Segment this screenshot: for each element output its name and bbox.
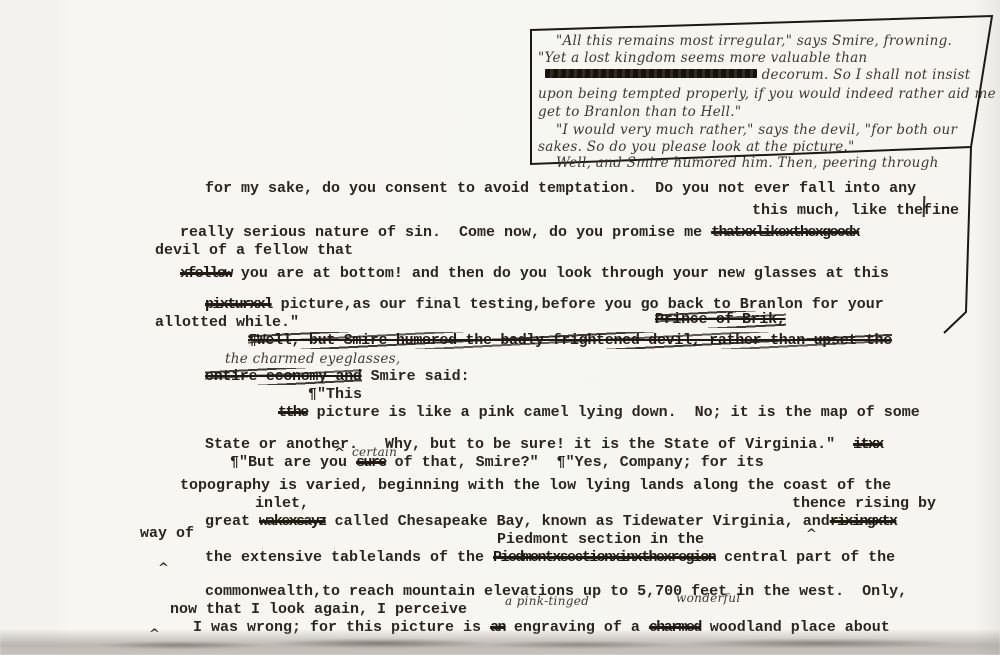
- typed-line: ¶"This: [308, 386, 362, 404]
- text-segment: upon being tempted properly, if you woul…: [538, 86, 1000, 102]
- text-segment: the charmed eyeglasses,: [225, 351, 400, 367]
- text-segment: wakexsayz: [259, 513, 326, 530]
- scan-bottom-edge: [0, 629, 1000, 655]
- typed-line: thence rising by: [792, 495, 936, 513]
- note-line: decorum. So I shall not insist: [545, 66, 970, 85]
- text-segment: rixingxtx: [830, 513, 897, 530]
- text-segment: wonderful: [676, 591, 740, 605]
- text-segment: of that, Smire?" ¶"Yes, Company; for its: [386, 454, 764, 471]
- text-segment: now that I look again, I perceive: [170, 601, 467, 618]
- text-segment: entire economy and: [205, 368, 362, 385]
- insertion-connector-line: [944, 147, 971, 333]
- typed-line: State or another. Why, but to be sure! i…: [205, 436, 883, 454]
- text-segment: xfellow: [180, 265, 232, 282]
- text-segment: central part of the: [715, 549, 895, 566]
- text-segment: devil of a fellow that: [155, 242, 353, 259]
- text-segment: pixturxxl: [205, 296, 272, 313]
- text-segment: ¶Well, but Smire humored the badly frigh…: [248, 332, 892, 349]
- text-segment: picture,as our final testing,before you …: [272, 296, 884, 313]
- text-segment: ¶"This: [308, 386, 362, 403]
- typed-line: inlet,: [255, 495, 309, 513]
- typed-line: great wakexsayz called Chesapeake Bay, k…: [205, 513, 896, 531]
- text-segment: great: [205, 513, 259, 530]
- note-line: Well, and Smire humored him. Then, peeri…: [556, 154, 939, 173]
- text-segment: for my sake, do you consent to avoid tem…: [205, 180, 916, 197]
- note-line: upon being tempted properly, if you woul…: [538, 85, 1000, 104]
- text-segment: Prince of Brik,: [655, 311, 786, 328]
- note-line: get to Branlon than to Hell.": [538, 103, 741, 122]
- text-segment: way of: [140, 525, 194, 542]
- typed-line: the extensive tablelands of the Piedmont…: [205, 549, 895, 567]
- text-segment: "I would very much rather," says the dev…: [556, 122, 957, 138]
- text-segment: State or another. Why, but to be sure! i…: [205, 436, 853, 453]
- typed-line: ¶Well, but Smire humored the badly frigh…: [248, 332, 892, 350]
- insert-correction: a pink-tinged: [505, 592, 589, 611]
- typed-line: the charmed eyeglasses,: [225, 350, 400, 369]
- text-segment: thence rising by: [792, 495, 936, 512]
- text-segment: itxx: [853, 436, 883, 453]
- caret-insertion-mark: ^: [806, 527, 817, 542]
- text-segment: called Chesapeake Bay, known as Tidewate…: [326, 513, 830, 530]
- text-segment: picture is like a pink camel lying down.…: [308, 404, 920, 421]
- text-segment: decorum. So I shall not insist: [757, 67, 970, 83]
- text-segment: fine: [923, 202, 959, 219]
- text-segment: Well, and Smire humored him. Then, peeri…: [556, 155, 939, 171]
- text-segment: certain: [352, 445, 397, 459]
- typed-line: Piedmont section in the: [497, 531, 704, 549]
- typed-line: way of: [140, 525, 194, 543]
- text-segment: tthe: [278, 404, 308, 421]
- caret-insertion-mark: ^: [334, 446, 345, 461]
- text-segment: Piedmontxsectionxinxthexregion: [493, 549, 715, 566]
- text-segment: the extensive tablelands of the: [205, 549, 493, 566]
- typed-line: devil of a fellow that: [155, 242, 353, 260]
- text-segment: inlet,: [255, 495, 309, 512]
- insert-correction: wonderful: [676, 589, 740, 608]
- caret-insertion-mark: ^: [158, 561, 169, 576]
- scribble-strikeout-mark: [545, 69, 757, 78]
- typed-line: Prince of Brik,: [655, 311, 786, 329]
- text-segment: this much, like the: [752, 202, 923, 219]
- text-segment: "Yet a lost kingdom seems more valuable …: [538, 50, 867, 66]
- text-segment: Smire said:: [362, 368, 470, 385]
- text-segment: get to Branlon than to Hell.": [538, 104, 741, 120]
- text-segment: sakes. So do you please look at the pict…: [538, 139, 855, 155]
- insert-correction: certain: [352, 443, 397, 462]
- typed-line: really serious nature of sin. Come now, …: [180, 224, 859, 242]
- typed-line: tthe picture is like a pink camel lying …: [278, 404, 920, 422]
- typed-line: topography is varied, beginning with the…: [180, 477, 891, 495]
- text-segment: "All this remains most irregular," says …: [556, 33, 952, 49]
- text-segment: Piedmont section in the: [497, 531, 704, 548]
- typed-line: for my sake, do you consent to avoid tem…: [205, 180, 916, 198]
- typed-line: allotted while.": [155, 314, 299, 332]
- typed-line: entire economy and Smire said:: [205, 368, 470, 386]
- text-segment: really serious nature of sin. Come now, …: [180, 224, 711, 241]
- text-segment: allotted while.": [155, 314, 299, 331]
- text-segment: topography is varied, beginning with the…: [180, 477, 891, 494]
- typed-line: this much, like thefine: [752, 202, 959, 220]
- typed-line: now that I look again, I perceive: [170, 601, 467, 619]
- typed-line: ¶"But are you sure of that, Smire?" ¶"Ye…: [230, 454, 764, 472]
- manuscript-page: "All this remains most irregular," says …: [0, 0, 1000, 655]
- text-segment: a pink-tinged: [505, 594, 589, 608]
- text-segment: thatxxlikexthexgoodx: [711, 224, 859, 241]
- text-segment: you are at bottom! and then do you look …: [232, 265, 889, 282]
- typed-line: xfellow you are at bottom! and then do y…: [180, 265, 889, 283]
